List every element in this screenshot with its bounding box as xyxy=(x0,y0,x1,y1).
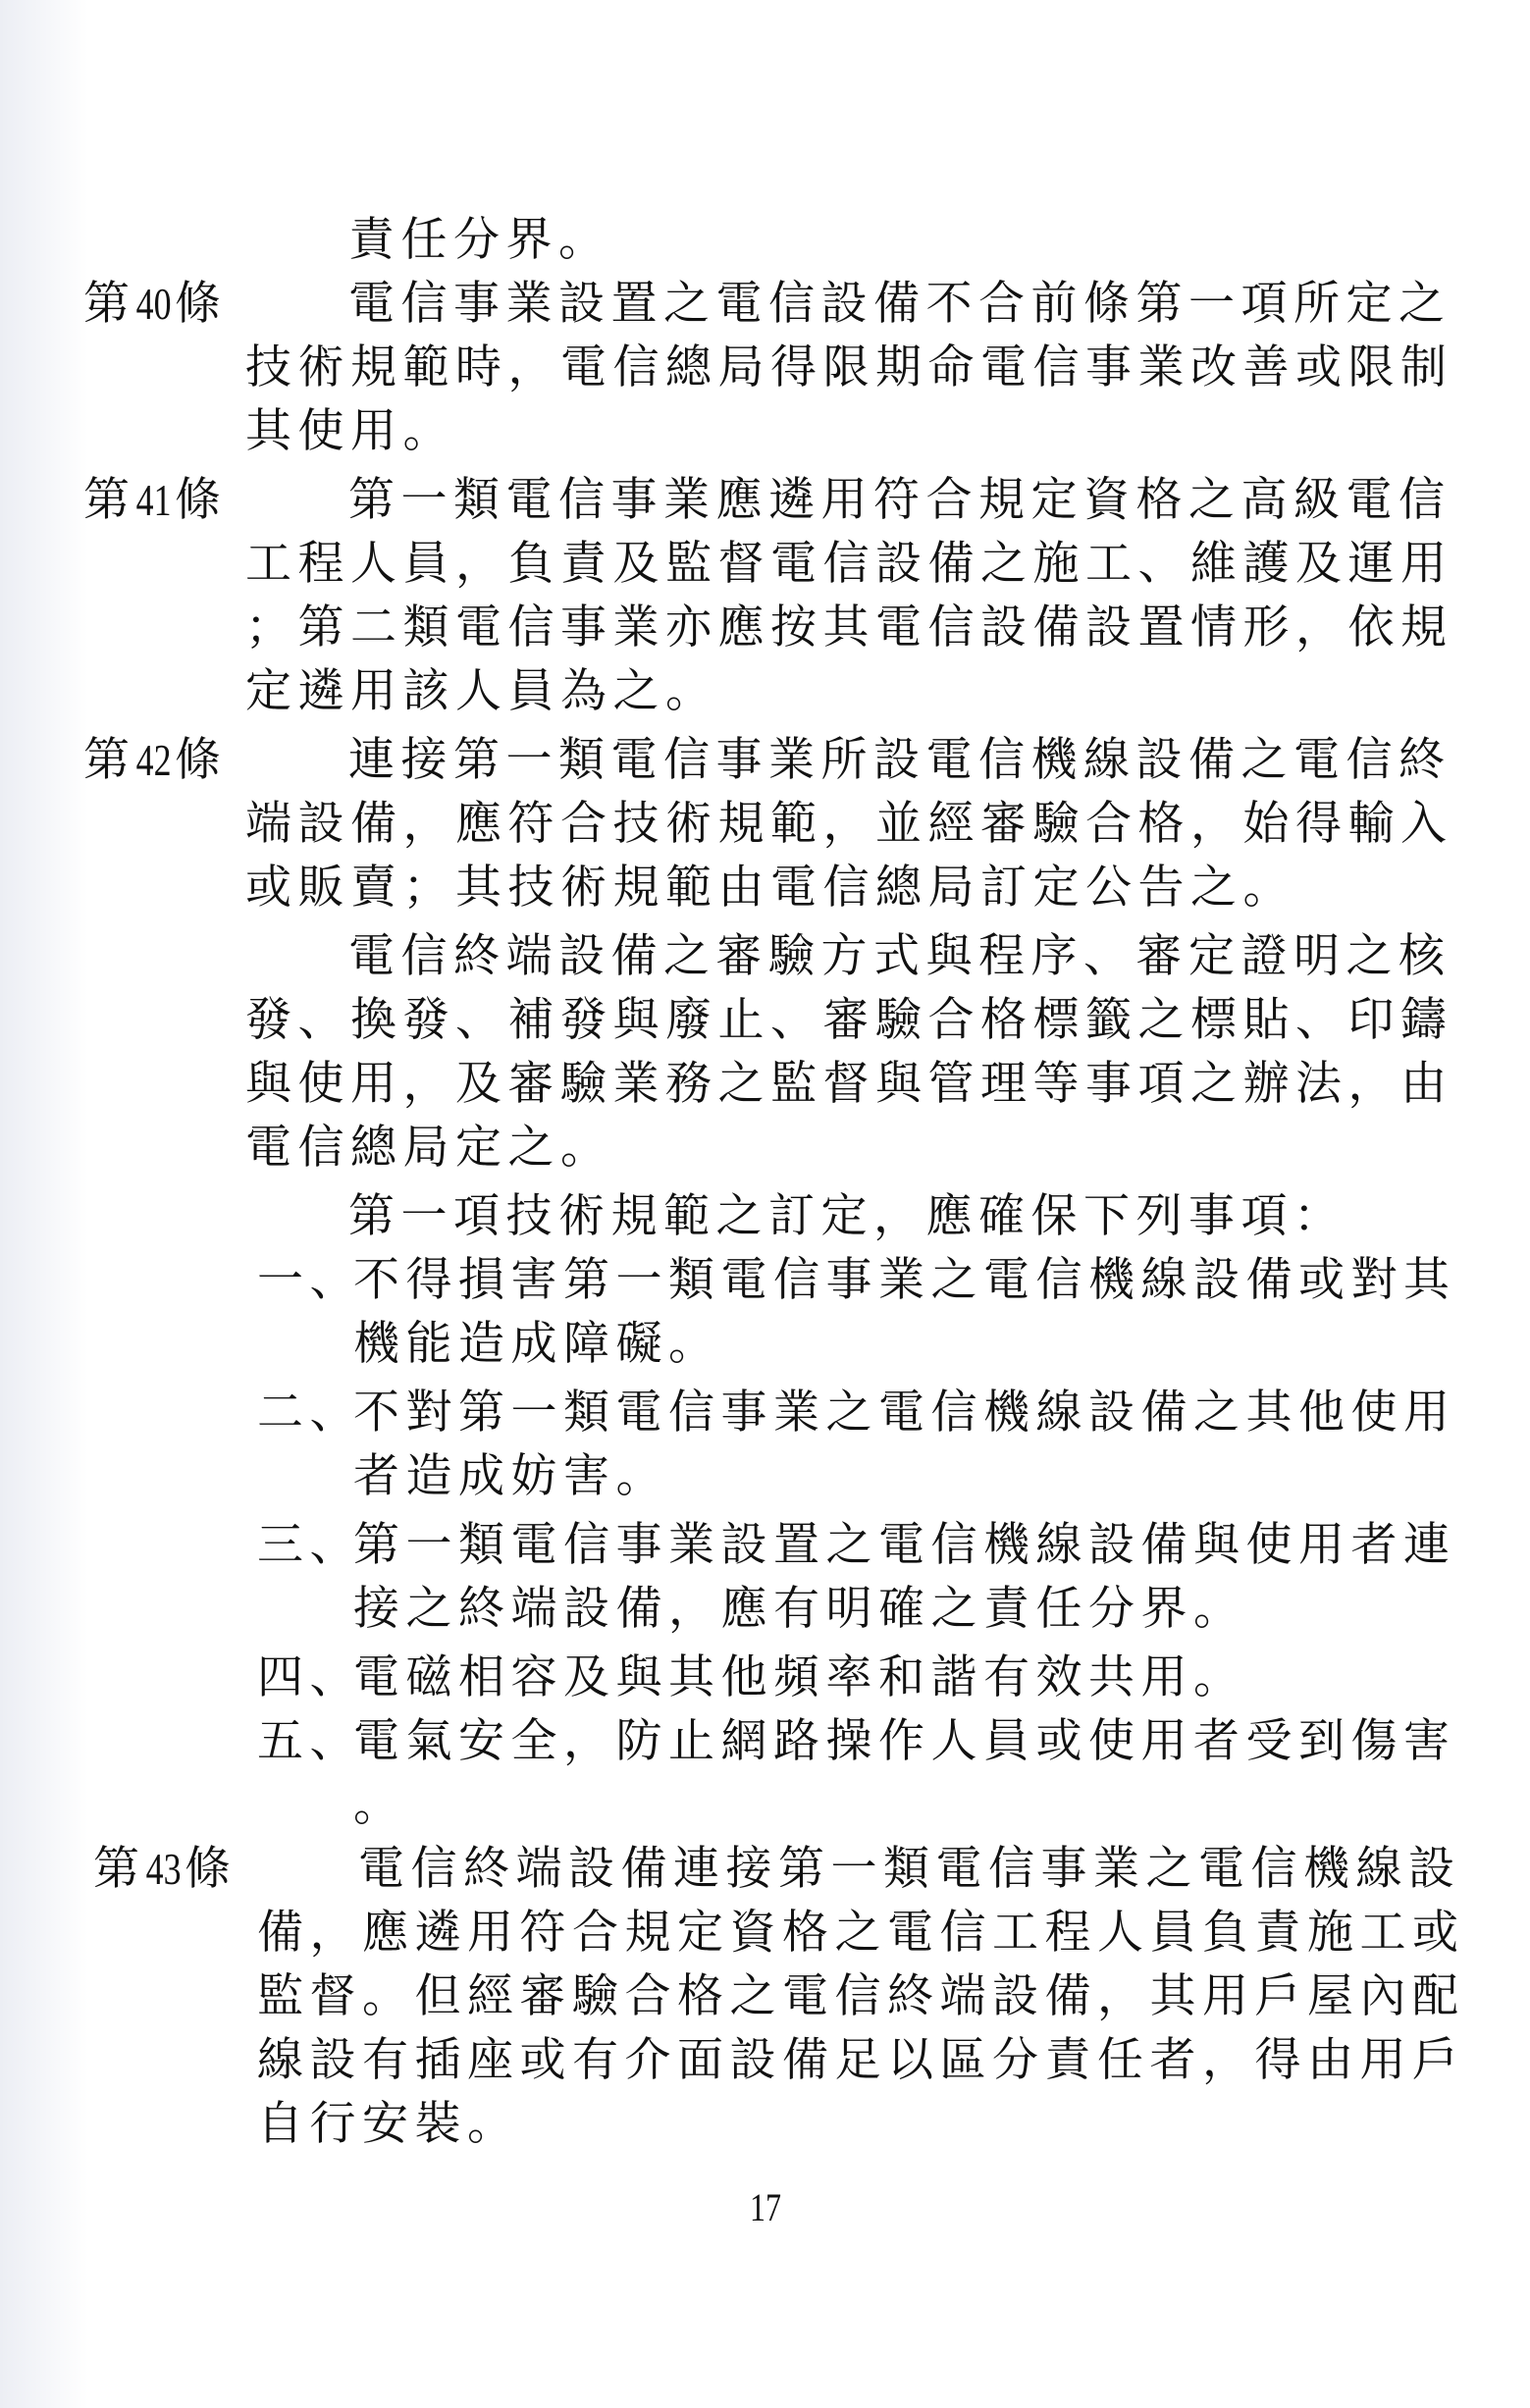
article-number: 40 xyxy=(132,275,172,334)
list-item-line: 不對第一類電信事業之電信機線設備之其他使用 xyxy=(353,1384,1456,1442)
list-item-line: 第一類電信事業設置之電信機線設備與使用者連 xyxy=(353,1516,1456,1575)
article-42-p1-line: 或販賣；其技術規範由電信總局訂定公告之。 xyxy=(245,859,1295,917)
list-item-line: 。 xyxy=(353,1776,406,1835)
scan-edge-shadow xyxy=(0,0,88,2408)
article-43-line: 自行安裝。 xyxy=(257,2095,520,2154)
article-41-label: 第41條 xyxy=(83,471,223,530)
article-43-line: 電信終端設備連接第一類電信事業之電信機線設 xyxy=(358,1840,1461,1899)
list-item-marker: 一、 xyxy=(257,1251,362,1310)
article-label-prefix: 第 xyxy=(83,277,132,331)
list-item-line: 不得損害第一類電信事業之電信機線設備或對其 xyxy=(353,1251,1456,1310)
article-label-suffix: 條 xyxy=(185,1842,233,1896)
article-41-line: ；第二類電信事業亦應按其電信設備設置情形，依規 xyxy=(245,599,1453,657)
article-41-line: 定遴用該人員為之。 xyxy=(245,662,718,721)
article-42-p1-line: 連接第一類電信事業所設電信機線設備之電信終 xyxy=(348,731,1451,790)
article-40-line: 技術規範時，電信總局得限期命電信事業改善或限制 xyxy=(245,339,1453,397)
article-label-prefix: 第 xyxy=(83,733,132,787)
list-item-line: 電氣安全，防止網路操作人員或使用者受到傷害 xyxy=(353,1712,1456,1771)
article-number: 42 xyxy=(132,731,172,790)
article-40-line: 其使用。 xyxy=(245,402,455,461)
article-label-suffix: 條 xyxy=(175,277,223,331)
list-item-marker: 四、 xyxy=(257,1649,362,1707)
article-number: 43 xyxy=(141,1840,182,1899)
article-42-p2-line: 電信總局定之。 xyxy=(245,1119,613,1178)
article-42-label: 第42條 xyxy=(83,731,223,790)
article-number: 41 xyxy=(132,471,172,530)
article-43-line: 監督。但經審驗合格之電信終端設備，其用戶屋內配 xyxy=(257,1967,1465,2026)
article-42-p2-line: 發、換發、補發與廢止、審驗合格標籤之標貼、印鑄 xyxy=(245,991,1453,1050)
article-40-label: 第40條 xyxy=(83,275,223,334)
continuation-text: 責任分界。 xyxy=(348,211,611,270)
article-label-prefix: 第 xyxy=(93,1842,141,1896)
article-42-p2-line: 電信終端設備之審驗方式與程序、審定證明之核 xyxy=(348,927,1451,986)
list-item-line: 機能造成障礙。 xyxy=(353,1315,721,1374)
list-item-line: 接之終端設備，應有明確之責任分界。 xyxy=(353,1580,1246,1639)
article-41-line: 第一類電信事業應遴用符合規定資格之高級電信 xyxy=(348,471,1451,530)
article-label-suffix: 條 xyxy=(175,473,223,527)
article-40-line: 電信事業設置之電信設備不合前條第一項所定之 xyxy=(348,275,1451,334)
list-item-marker: 三、 xyxy=(257,1516,362,1575)
list-item-marker: 五、 xyxy=(257,1712,362,1771)
article-41-line: 工程人員，負責及監督電信設備之施工、維護及運用 xyxy=(245,535,1453,594)
article-42-p3-line: 第一項技術規範之訂定，應確保下列事項： xyxy=(348,1187,1346,1246)
list-item-line: 電磁相容及與其他頻率和諧有效共用。 xyxy=(353,1649,1246,1707)
article-label-suffix: 條 xyxy=(175,733,223,787)
page-number: 17 xyxy=(0,2183,1530,2232)
article-42-p2-line: 與使用，及審驗業務之監督與管理等事項之辦法，由 xyxy=(245,1055,1453,1114)
article-42-p1-line: 端設備，應符合技術規範，並經審驗合格，始得輸入 xyxy=(245,795,1453,854)
article-label-prefix: 第 xyxy=(83,473,132,527)
article-43-line: 線設有插座或有介面設備足以區分責任者，得由用戶 xyxy=(257,2031,1465,2090)
article-43-line: 備，應遴用符合規定資格之電信工程人員負責施工或 xyxy=(257,1904,1465,1963)
list-item-line: 者造成妨害。 xyxy=(353,1447,668,1506)
list-item-marker: 二、 xyxy=(257,1384,362,1442)
article-43-label: 第43條 xyxy=(93,1840,233,1899)
